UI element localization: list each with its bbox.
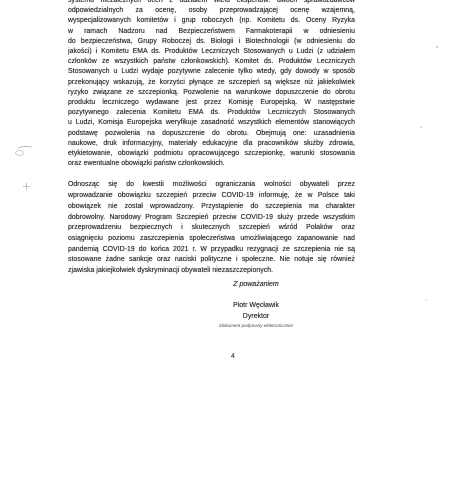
text-line: produktu leczniczego wydawane jest przez… (68, 98, 355, 108)
text-line: dobrowolny. Narodowy Program Szczepień p… (68, 213, 355, 224)
text-line: Stosowanych u Ludzi wydaje pozytywne zal… (68, 67, 355, 77)
closing-phrase: Z poważaniem (219, 281, 293, 288)
scan-artifact-loop (15, 150, 24, 156)
signature-block: Z poważaniem Piotr Węcławik Dyrektor /do… (219, 281, 293, 328)
text-line: odpowiedzialnych za ocenę, osoby przepro… (68, 6, 355, 16)
text-line: wprowadzanie obowiązku szczepień przeciw… (68, 191, 355, 202)
scan-artifact-scribble (17, 145, 33, 153)
text-line: pandemią COVID-19 do końca 2021 r. W prz… (68, 245, 355, 256)
text-line: przeprowadzeniu bezpiecznych i skuteczny… (68, 223, 355, 234)
text-line: w ramach Nadzoru nad Bezpieczeństwem Far… (68, 27, 355, 37)
text-line: zjawiska jakiejkolwiek dyskryminacji oby… (68, 266, 355, 277)
text-line: przekonujący wskazują, że korzyści płyną… (68, 78, 355, 88)
signer-title: Dyrektor (219, 313, 293, 320)
text-line: pozytywnego zalecenia Komitetu EMA ds. P… (68, 108, 355, 118)
text-line: do bezpieczeństwa, Grupy Roboczej ds. Bi… (68, 37, 355, 47)
text-line: obowiązek nie został wprowadzony. Przyst… (68, 202, 355, 213)
scan-artifact-speck (272, 376, 273, 377)
signer-name: Piotr Węcławik (219, 302, 293, 309)
page-number: 4 (231, 353, 235, 360)
electronic-signature-note: /dokument podpisany elektronicznie/ (219, 323, 293, 328)
scan-artifact-speck (436, 46, 438, 48)
text-line: jakości) i Komitetu EMA ds. Produktów Le… (68, 47, 355, 57)
text-line: Odnosząc się do kwestii możliwości ogran… (68, 180, 355, 191)
text-line: członków ze wszystkich państw członkowsk… (68, 57, 355, 67)
text-line: naukowe, druk informacyjny, materiały ed… (68, 139, 355, 149)
letter-body: systemu niezależnych ocen z udziałem wie… (68, 0, 355, 277)
text-line: oraz ewentualne obowiązki państw członko… (68, 159, 355, 169)
paragraph-ema-assessment: systemu niezależnych ocen z udziałem wie… (68, 0, 355, 169)
text-line: stosowane żadne sankcje oraz naciski pol… (68, 255, 355, 266)
scan-artifact-speck (420, 126, 422, 128)
scan-artifact-plus (23, 183, 30, 190)
text-line: osiągnięciu poziomu zaszczepienia społec… (68, 234, 355, 245)
text-line: etykietowanie, obowiązki podmiotu opraco… (68, 149, 355, 159)
scan-artifact-speck (243, 358, 244, 359)
text-line: u Ludzi, Komisja Europejska weryfikuje z… (68, 118, 355, 128)
text-line: podstawę pozwolenia na dopuszczenie do o… (68, 129, 355, 139)
text-line: ryzyko związane ze szczepionką. Pozwolen… (68, 88, 355, 98)
scanned-letter-page: systemu niezależnych ocen z udziałem wie… (0, 0, 450, 500)
paragraph-voluntary-vaccination: Odnosząc się do kwestii możliwości ogran… (68, 180, 355, 276)
text-line: wyspecjalizowanych komitetów i grup robo… (68, 16, 355, 26)
scan-artifact-speck (425, 299, 427, 301)
